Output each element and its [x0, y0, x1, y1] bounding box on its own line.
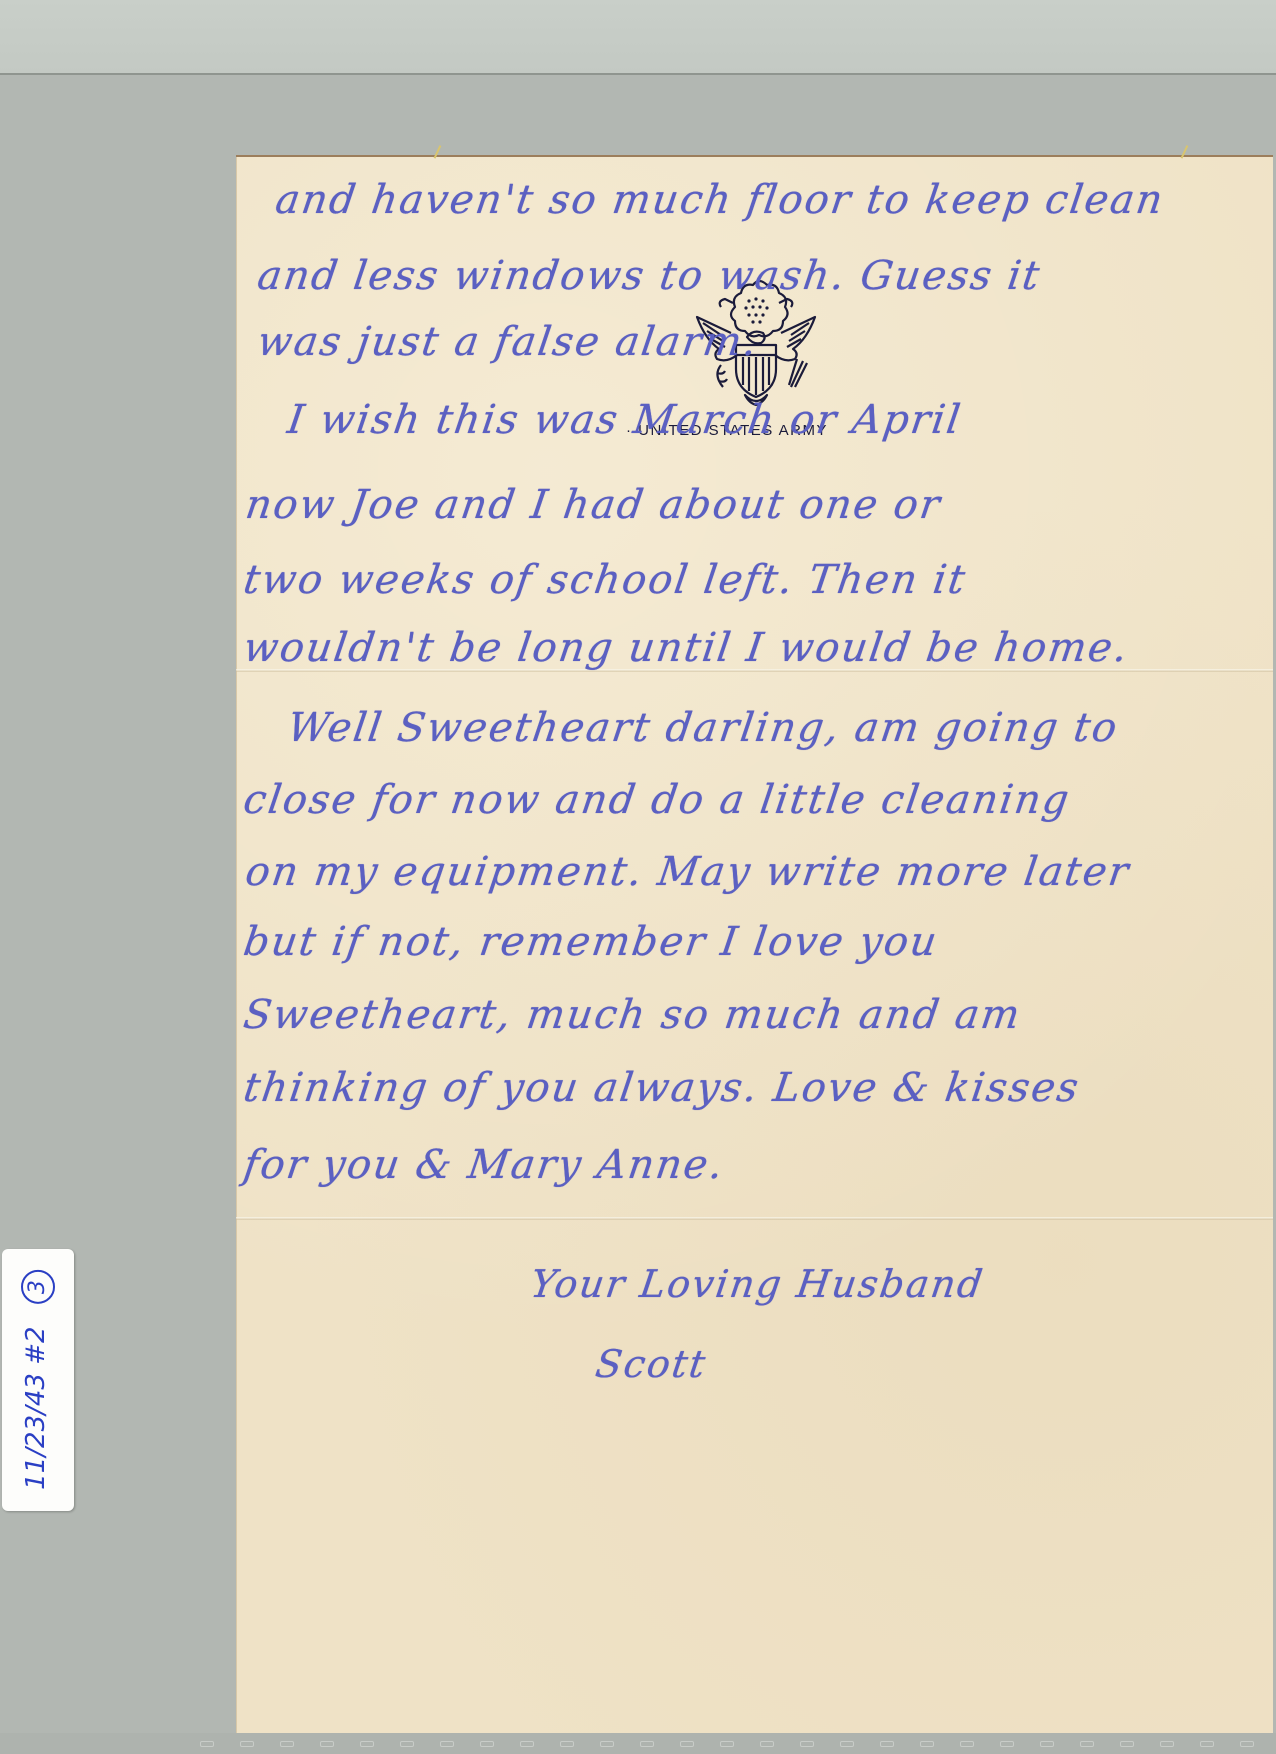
scanner-lid-strip [0, 0, 1276, 75]
archive-date: 11/23/43 [21, 1373, 51, 1490]
letter-line: and haven't so much floor to keep clean [273, 177, 1168, 223]
signature: Scott [593, 1342, 710, 1386]
closing-line: Your Loving Husband [528, 1262, 987, 1306]
letter-line: thinking of you always. Love & kisses [241, 1065, 1083, 1111]
letter-line: for you & Mary Anne. [241, 1142, 728, 1188]
letter-line: was just a false alarm. [255, 319, 761, 365]
letter-line: on my equipment. May write more later [243, 849, 1133, 895]
archive-tag: 11/23/43 #2 3 [2, 1249, 74, 1511]
binding-thread [1181, 145, 1198, 163]
letter-line: wouldn't be long until I would be home. [241, 625, 1132, 671]
letter-line: I wish this was March or April [285, 397, 965, 443]
letter-line: two weeks of school left. Then it [241, 557, 970, 603]
sleeve-edge [0, 1733, 1276, 1754]
binding-thread [434, 145, 451, 163]
letter-line: Sweetheart, much so much and am [241, 992, 1025, 1038]
letter-line: but if not, remember I love you [241, 919, 942, 965]
letter-line: and less windows to wash. Guess it [255, 253, 1044, 299]
fold-crease [236, 1217, 1273, 1220]
letter-line: close for now and do a little cleaning [241, 777, 1074, 823]
letter-page: · UNITED STATES ARMY and haven't so much… [236, 155, 1273, 1733]
letter-line: Well Sweetheart darling, am going to [285, 705, 1122, 751]
archive-item-number: #2 [21, 1326, 51, 1364]
archive-page-number: 3 [21, 1270, 55, 1304]
archive-tag-text: 11/23/43 #2 3 [21, 1270, 55, 1490]
letter-line: now Joe and I had about one or [243, 482, 945, 528]
